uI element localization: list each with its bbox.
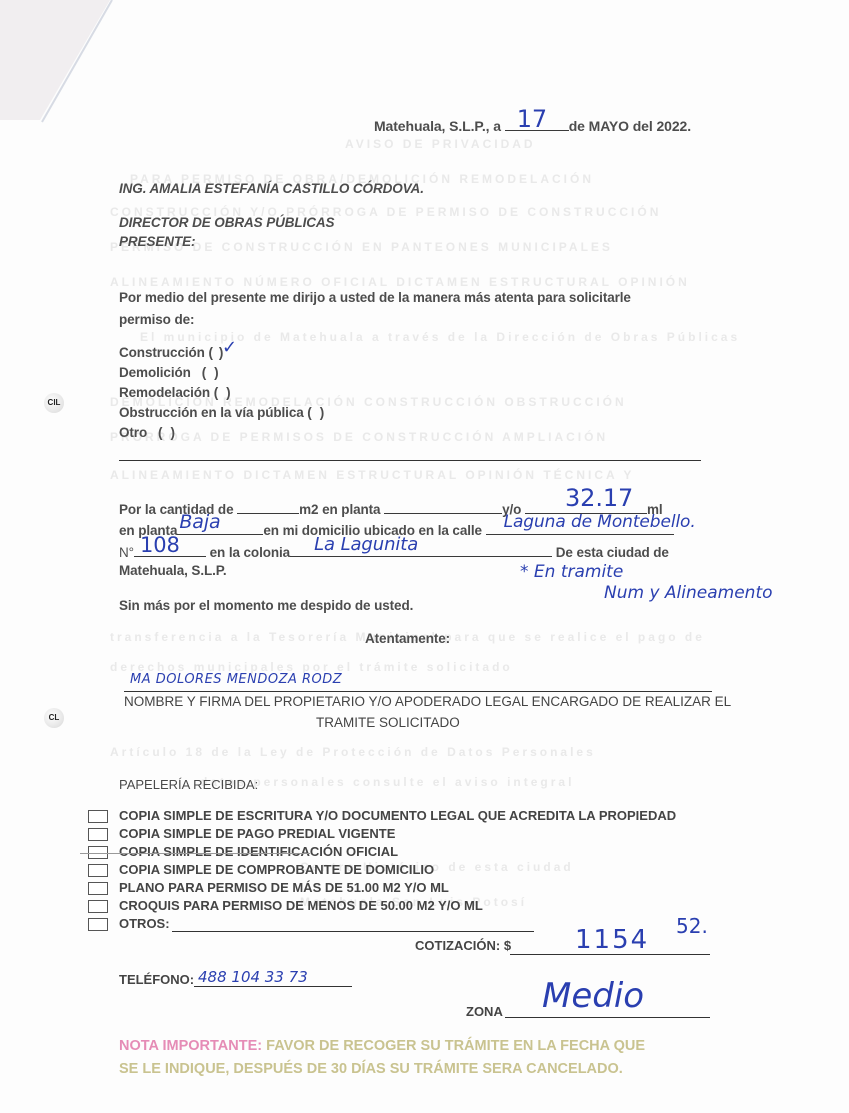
- floor-value-handwritten: Baja: [179, 511, 220, 533]
- check-mark-handwritten: ✓: [222, 337, 237, 358]
- permit-paren: ): [214, 365, 218, 380]
- document-checkbox[interactable]: [88, 810, 108, 823]
- colony-field[interactable]: La Lagunita: [290, 543, 552, 557]
- regards-text: Atentamente:: [365, 631, 450, 646]
- date-prefix: Matehuala, S.L.P., a: [374, 118, 501, 134]
- quote-integer: 1154: [575, 925, 649, 955]
- phone-value-handwritten: 488 104 33 73: [198, 968, 308, 986]
- otro-specify-line[interactable]: [119, 460, 701, 461]
- punch-hole-stamp: CIL: [44, 393, 64, 413]
- zone-field[interactable]: [505, 1017, 710, 1018]
- city-line: Matehuala, S.L.P.: [119, 563, 227, 578]
- document-checkbox[interactable]: [88, 882, 108, 895]
- signature-caption: NOMBRE Y FIRMA DEL PROPIETARIO Y/O APODE…: [124, 694, 731, 709]
- documents-heading: PAPELERÍA RECIBIDA:: [119, 777, 258, 792]
- quote-cents-handwritten: 52.: [676, 914, 708, 938]
- date-line: Matehuala, S.L.P., a 17 de MAYO del 2022…: [374, 117, 691, 134]
- note-text-1: FAVOR DE RECOGER SU TRÁMITE EN LA FECHA …: [266, 1038, 645, 1054]
- document-label: COPIA SIMPLE DE IDENTIFICACIÓN OFICIAL: [119, 844, 398, 859]
- number-label: N°: [119, 545, 134, 560]
- quote-label: COTIZACIÓN: $: [415, 938, 511, 953]
- phone-field[interactable]: [194, 986, 352, 987]
- date-suffix: de MAYO del 2022.: [569, 118, 691, 134]
- phone-label: TELÉFONO:: [119, 972, 194, 987]
- ml-value-handwritten: 32.17: [565, 484, 633, 512]
- important-note: NOTA IMPORTANTE: FAVOR DE RECOGER SU TRÁ…: [119, 1038, 645, 1054]
- document-checkbox[interactable]: [88, 900, 108, 913]
- addressee-position: DIRECTOR DE OBRAS PÚBLICAS: [119, 215, 334, 230]
- addressee-greeting: PRESENTE:: [119, 234, 195, 249]
- permit-paren: ): [170, 425, 174, 440]
- scan-line-artifact: [80, 853, 310, 854]
- annotation-handwritten-1: * En tramite: [520, 562, 623, 582]
- document-label: PLANO PARA PERMISO DE MÁS DE 51.00 M2 Y/…: [119, 880, 449, 895]
- permit-label: Demolición (: [119, 365, 206, 380]
- document-label: COPIA SIMPLE DE PAGO PREDIAL VIGENTE: [119, 826, 395, 841]
- street-value-handwritten: Laguna de Montebello.: [504, 512, 696, 532]
- signer-name-handwritten: MA DOLORES MENDOZA RODZ: [130, 672, 342, 687]
- number-value-handwritten: 108: [140, 533, 180, 557]
- intro-text: Por medio del presente me dirijo a usted…: [119, 290, 631, 305]
- m2-label: m2 en planta: [299, 502, 380, 517]
- zone-value-handwritten: Medio: [542, 976, 644, 1016]
- intro-text-2: permiso de:: [119, 312, 194, 327]
- number-field[interactable]: 108: [134, 543, 206, 557]
- permit-option-construccion[interactable]: Construcción () ✓: [119, 345, 223, 360]
- permit-label: Construcción (: [119, 345, 213, 360]
- note-text-2: SE LE INDIQUE, DESPUÉS DE 30 DÍAS SU TRÁ…: [119, 1061, 623, 1077]
- m2-floor-field[interactable]: [384, 500, 502, 514]
- note-prefix: NOTA IMPORTANTE:: [119, 1038, 262, 1054]
- quote-value-handwritten: 1154: [575, 925, 649, 955]
- document-checkbox[interactable]: [88, 918, 108, 931]
- document-label: COPIA SIMPLE DE ESCRITURA Y/O DOCUMENTO …: [119, 808, 676, 823]
- m2-quantity-field[interactable]: [237, 500, 299, 514]
- annotation-handwritten-2: Num y Alineamento: [604, 583, 773, 603]
- colony-value-handwritten: La Lagunita: [314, 534, 418, 555]
- otros-specify-line[interactable]: [172, 931, 534, 932]
- day-handwritten: 17: [517, 105, 547, 133]
- addressee-name: ING. AMALIA ESTEFANÍA CASTILLO CÓRDOVA.: [119, 181, 424, 196]
- document-checkbox[interactable]: [88, 864, 108, 877]
- permit-label: Otro (: [119, 425, 162, 440]
- permit-label: Remodelación (: [119, 385, 218, 400]
- colony-label: en la colonia: [210, 545, 290, 560]
- signature-line[interactable]: [124, 691, 712, 692]
- permit-label: Obstrucción en la vía pública (: [119, 405, 312, 420]
- permit-option-obstruccion[interactable]: Obstrucción en la vía pública (): [119, 405, 324, 420]
- permit-option-remodelacion[interactable]: Remodelación (): [119, 385, 231, 400]
- zone-label: ZONA: [466, 1004, 503, 1019]
- permit-paren: ): [320, 405, 324, 420]
- city-label: De esta ciudad de: [556, 545, 669, 560]
- number-colony-line: N° 108 en la colonia La Lagunita De esta…: [119, 543, 669, 560]
- permit-option-otro[interactable]: Otro (): [119, 425, 175, 440]
- document-checkbox[interactable]: [88, 828, 108, 841]
- permit-paren: ): [226, 385, 230, 400]
- floor-field[interactable]: Baja: [177, 521, 263, 535]
- farewell-text: Sin más por el momento me despido de ust…: [119, 598, 413, 613]
- document-label: CROQUIS PARA PERMISO DE MENOS DE 50.00 M…: [119, 898, 483, 913]
- day-field[interactable]: 17: [505, 117, 569, 131]
- document-label: OTROS:: [119, 916, 170, 931]
- permit-option-demolicion[interactable]: Demolición (): [119, 365, 219, 380]
- document-label: COPIA SIMPLE DE COMPROBANTE DE DOMICILIO: [119, 862, 434, 877]
- punch-hole-stamp: CL: [44, 708, 64, 728]
- street-field[interactable]: Laguna de Montebello.: [486, 521, 674, 535]
- signature-caption-2: TRAMITE SOLICITADO: [316, 715, 460, 730]
